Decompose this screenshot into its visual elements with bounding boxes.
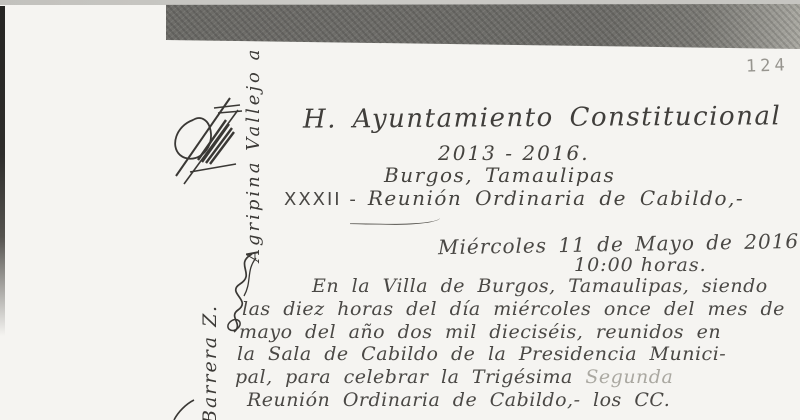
faded-ink-text: Segunda	[585, 366, 673, 388]
handwritten-underline	[350, 215, 440, 226]
document-title: H. Ayuntamiento Constitucional	[303, 101, 781, 134]
body-line-1: En la Villa de Burgos, Tamaulipas, siend…	[312, 275, 768, 297]
meeting-heading: XXXII -Reunión Ordinaria de Cabildo,-	[284, 186, 744, 210]
body-line-6: Reunión Ordinaria de Cabildo,- los CC.	[247, 389, 670, 411]
signature-flourish-middle	[222, 252, 260, 334]
body-line-3: mayo del año dos mil dieciséis, reunidos…	[239, 321, 721, 343]
body-line-2: las diez horas del día miércoles once de…	[242, 298, 785, 320]
scan-dark-band-artifact	[166, 4, 800, 49]
body-line-5: pal, para celebrar la Trigésima Segunda	[235, 366, 673, 388]
signature-scribble-top	[168, 88, 248, 193]
municipality-name: Burgos, Tamaulipas	[384, 163, 615, 187]
scan-left-edge-artifact	[0, 6, 5, 336]
signature-stroke-bottom	[170, 398, 196, 420]
page-number: 124	[746, 55, 789, 76]
margin-name-barrera: Barrera Z.	[199, 304, 221, 420]
meeting-title: Reunión Ordinaria de Cabildo,-	[368, 186, 744, 210]
body-line-4: la Sala de Cabildo de la Presidencia Mun…	[237, 343, 726, 365]
scanned-document-page: 124 H. Ayuntamiento Constitucional 2013 …	[0, 0, 800, 420]
margin-name-agripina-vallejo: Agripina Vallejo a	[243, 47, 264, 262]
meeting-number: XXXII -	[284, 189, 358, 210]
meeting-time: 10:00 horas.	[574, 254, 707, 276]
administration-period: 2013 - 2016.	[438, 141, 590, 165]
